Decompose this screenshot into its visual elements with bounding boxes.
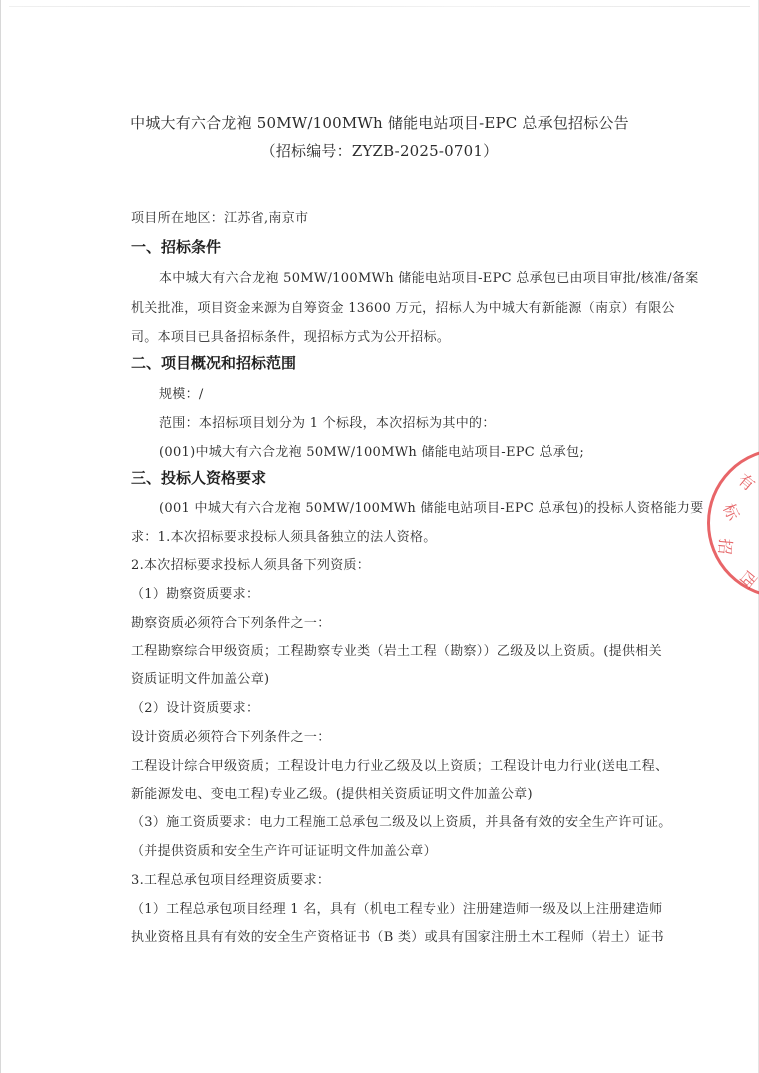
paragraph-line: 求：1.本次招标要求投标人须具备独立的法人资格。 <box>131 526 437 545</box>
paragraph-line: 规模：/ <box>159 383 204 402</box>
section-heading-bidding-conditions: 一、招标条件 <box>131 236 221 257</box>
document-title: 中城大有六合龙袍 50MW/100MWh 储能电站项目-EPC 总承包招标公告 <box>1 112 758 133</box>
paragraph-line: (001 中城大有六合龙袍 50MW/100MWh 储能电站项目-EPC 总承包… <box>159 497 704 516</box>
paragraph-line: 本中城大有六合龙袍 50MW/100MWh 储能电站项目-EPC 总承包已由项目… <box>159 267 699 286</box>
stamp-char: 招 <box>714 538 738 556</box>
paragraph-line: 设计资质必须符合下列条件之一： <box>131 726 331 745</box>
paragraph-line: 范围：本招标项目划分为 1 个标段，本次招标为其中的： <box>159 412 496 431</box>
bid-number: （招标编号：ZYZB-2025-0701） <box>1 140 758 161</box>
section-heading-bidder-qualifications: 三、投标人资格要求 <box>131 467 266 488</box>
scan-artifact-line <box>9 6 750 7</box>
section-heading-project-overview: 二、项目概况和招标范围 <box>131 352 296 373</box>
paragraph-line: (001)中城大有六合龙袍 50MW/100MWh 储能电站项目-EPC 总承包… <box>159 441 584 460</box>
project-location: 项目所在地区：江苏省,南京市 <box>131 207 308 226</box>
paragraph-line: 2.本次招标要求投标人须具备下列资质： <box>131 554 370 573</box>
paragraph-line: 新能源发电、变电工程)专业乙级。(提供相关资质证明文件加盖公章) <box>131 783 533 802</box>
paragraph-line: 工程设计综合甲级资质；工程设计电力行业乙级及以上资质；工程设计电力行业(送电工程… <box>131 755 668 774</box>
paragraph-line: （1）工程总承包项目经理 1 名，具有（机电工程专业）注册建造师一级及以上注册建… <box>131 898 662 917</box>
paragraph-line: （2）设计资质要求： <box>131 697 259 716</box>
document-page: 中城大有六合龙袍 50MW/100MWh 储能电站项目-EPC 总承包招标公告 … <box>0 0 759 1073</box>
paragraph-line: 工程勘察综合甲级资质；工程勘察专业类（岩土工程（勘察））乙级及以上资质。(提供相… <box>131 640 662 659</box>
paragraph-line: （并提供资质和安全生产许可证证明文件加盖公章） <box>131 840 437 859</box>
paragraph-line: 勘察资质必须符合下列条件之一： <box>131 612 331 631</box>
paragraph-line: 3.工程总承包项目经理资质要求： <box>131 869 330 888</box>
paragraph-line: 执业资格且具有有效的安全生产资格证书（B 类）或具有国家注册土木工程师（岩土）证… <box>131 926 664 945</box>
paragraph-line: 机关批准，项目资金来源为自筹资金 13600 万元，招标人为中城大有新能源（南京… <box>131 297 675 316</box>
paragraph-line: 司。本项目已具备招标条件，现招标方式为公开招标。 <box>131 326 450 345</box>
paragraph-line: 资质证明文件加盖公章) <box>131 668 269 687</box>
paragraph-line: （3）施工资质要求：电力工程施工总承包二级及以上资质，并具备有效的安全生产许可证… <box>131 811 672 830</box>
paragraph-line: （1）勘察资质要求： <box>131 583 259 602</box>
